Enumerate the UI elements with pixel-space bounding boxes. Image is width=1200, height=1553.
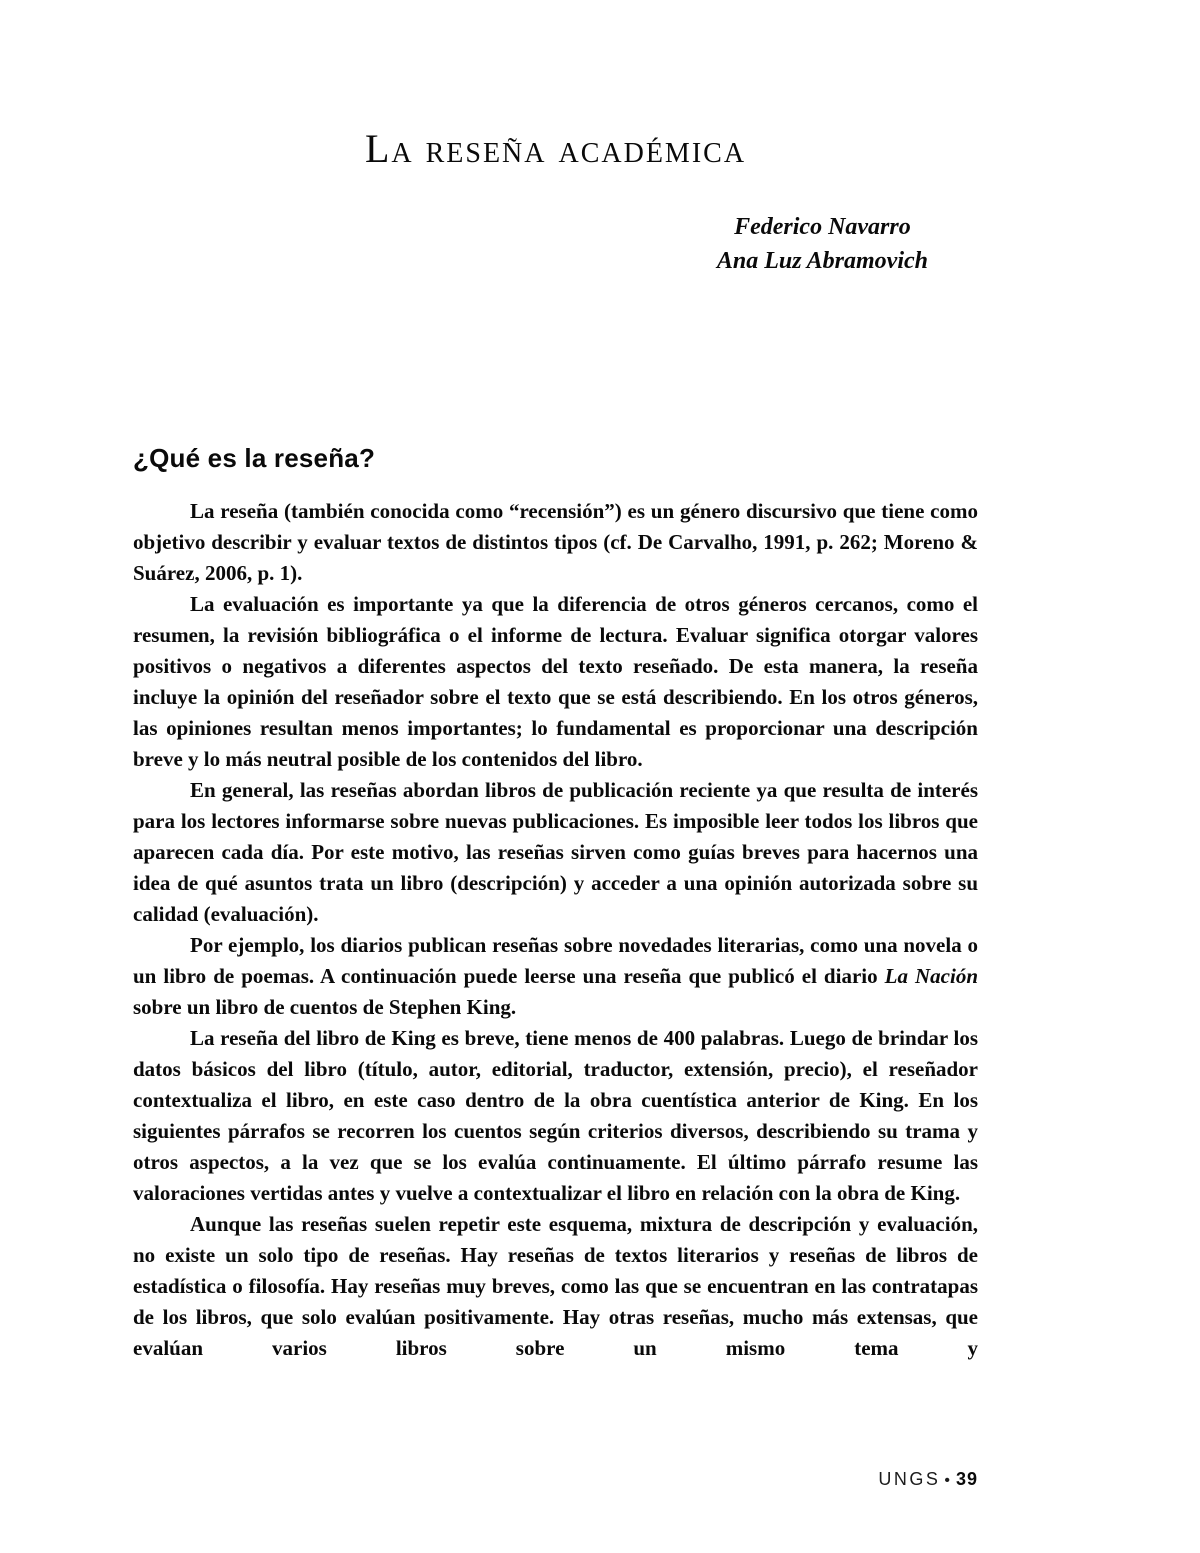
- body-paragraph-4: Por ejemplo, los diarios publican reseña…: [133, 930, 978, 1023]
- section-heading: ¿Qué es la reseña?: [133, 442, 978, 474]
- bullet-separator-icon: •: [944, 1472, 950, 1489]
- page-number: 39: [956, 1469, 978, 1489]
- body-paragraph-5: La reseña del libro de King es breve, ti…: [133, 1023, 978, 1209]
- body-paragraph-1: La reseña (también conocida como “recens…: [133, 496, 978, 589]
- body-paragraph-6: Aunque las reseñas suelen repetir este e…: [133, 1209, 978, 1364]
- body-text: La reseña (también conocida como “recens…: [133, 496, 978, 1364]
- author-name-2: Ana Luz Abramovich: [717, 244, 928, 278]
- paragraph-text-before: Por ejemplo, los diarios publican reseña…: [133, 933, 978, 988]
- journal-title: La Nación: [885, 964, 978, 988]
- body-paragraph-3: En general, las reseñas abordan libros d…: [133, 775, 978, 930]
- body-paragraph-2: La evaluación es importante ya que la di…: [133, 589, 978, 775]
- author-block: Federico Navarro Ana Luz Abramovich: [717, 210, 928, 278]
- institution-label: UNGS: [878, 1469, 940, 1489]
- page-footer: UNGS•39: [878, 1468, 978, 1492]
- author-name-1: Federico Navarro: [717, 210, 928, 244]
- document-page: La reseña académica Federico Navarro Ana…: [133, 0, 978, 1553]
- paragraph-text-after: sobre un libro de cuentos de Stephen Kin…: [133, 995, 516, 1019]
- document-title: La reseña académica: [133, 126, 978, 172]
